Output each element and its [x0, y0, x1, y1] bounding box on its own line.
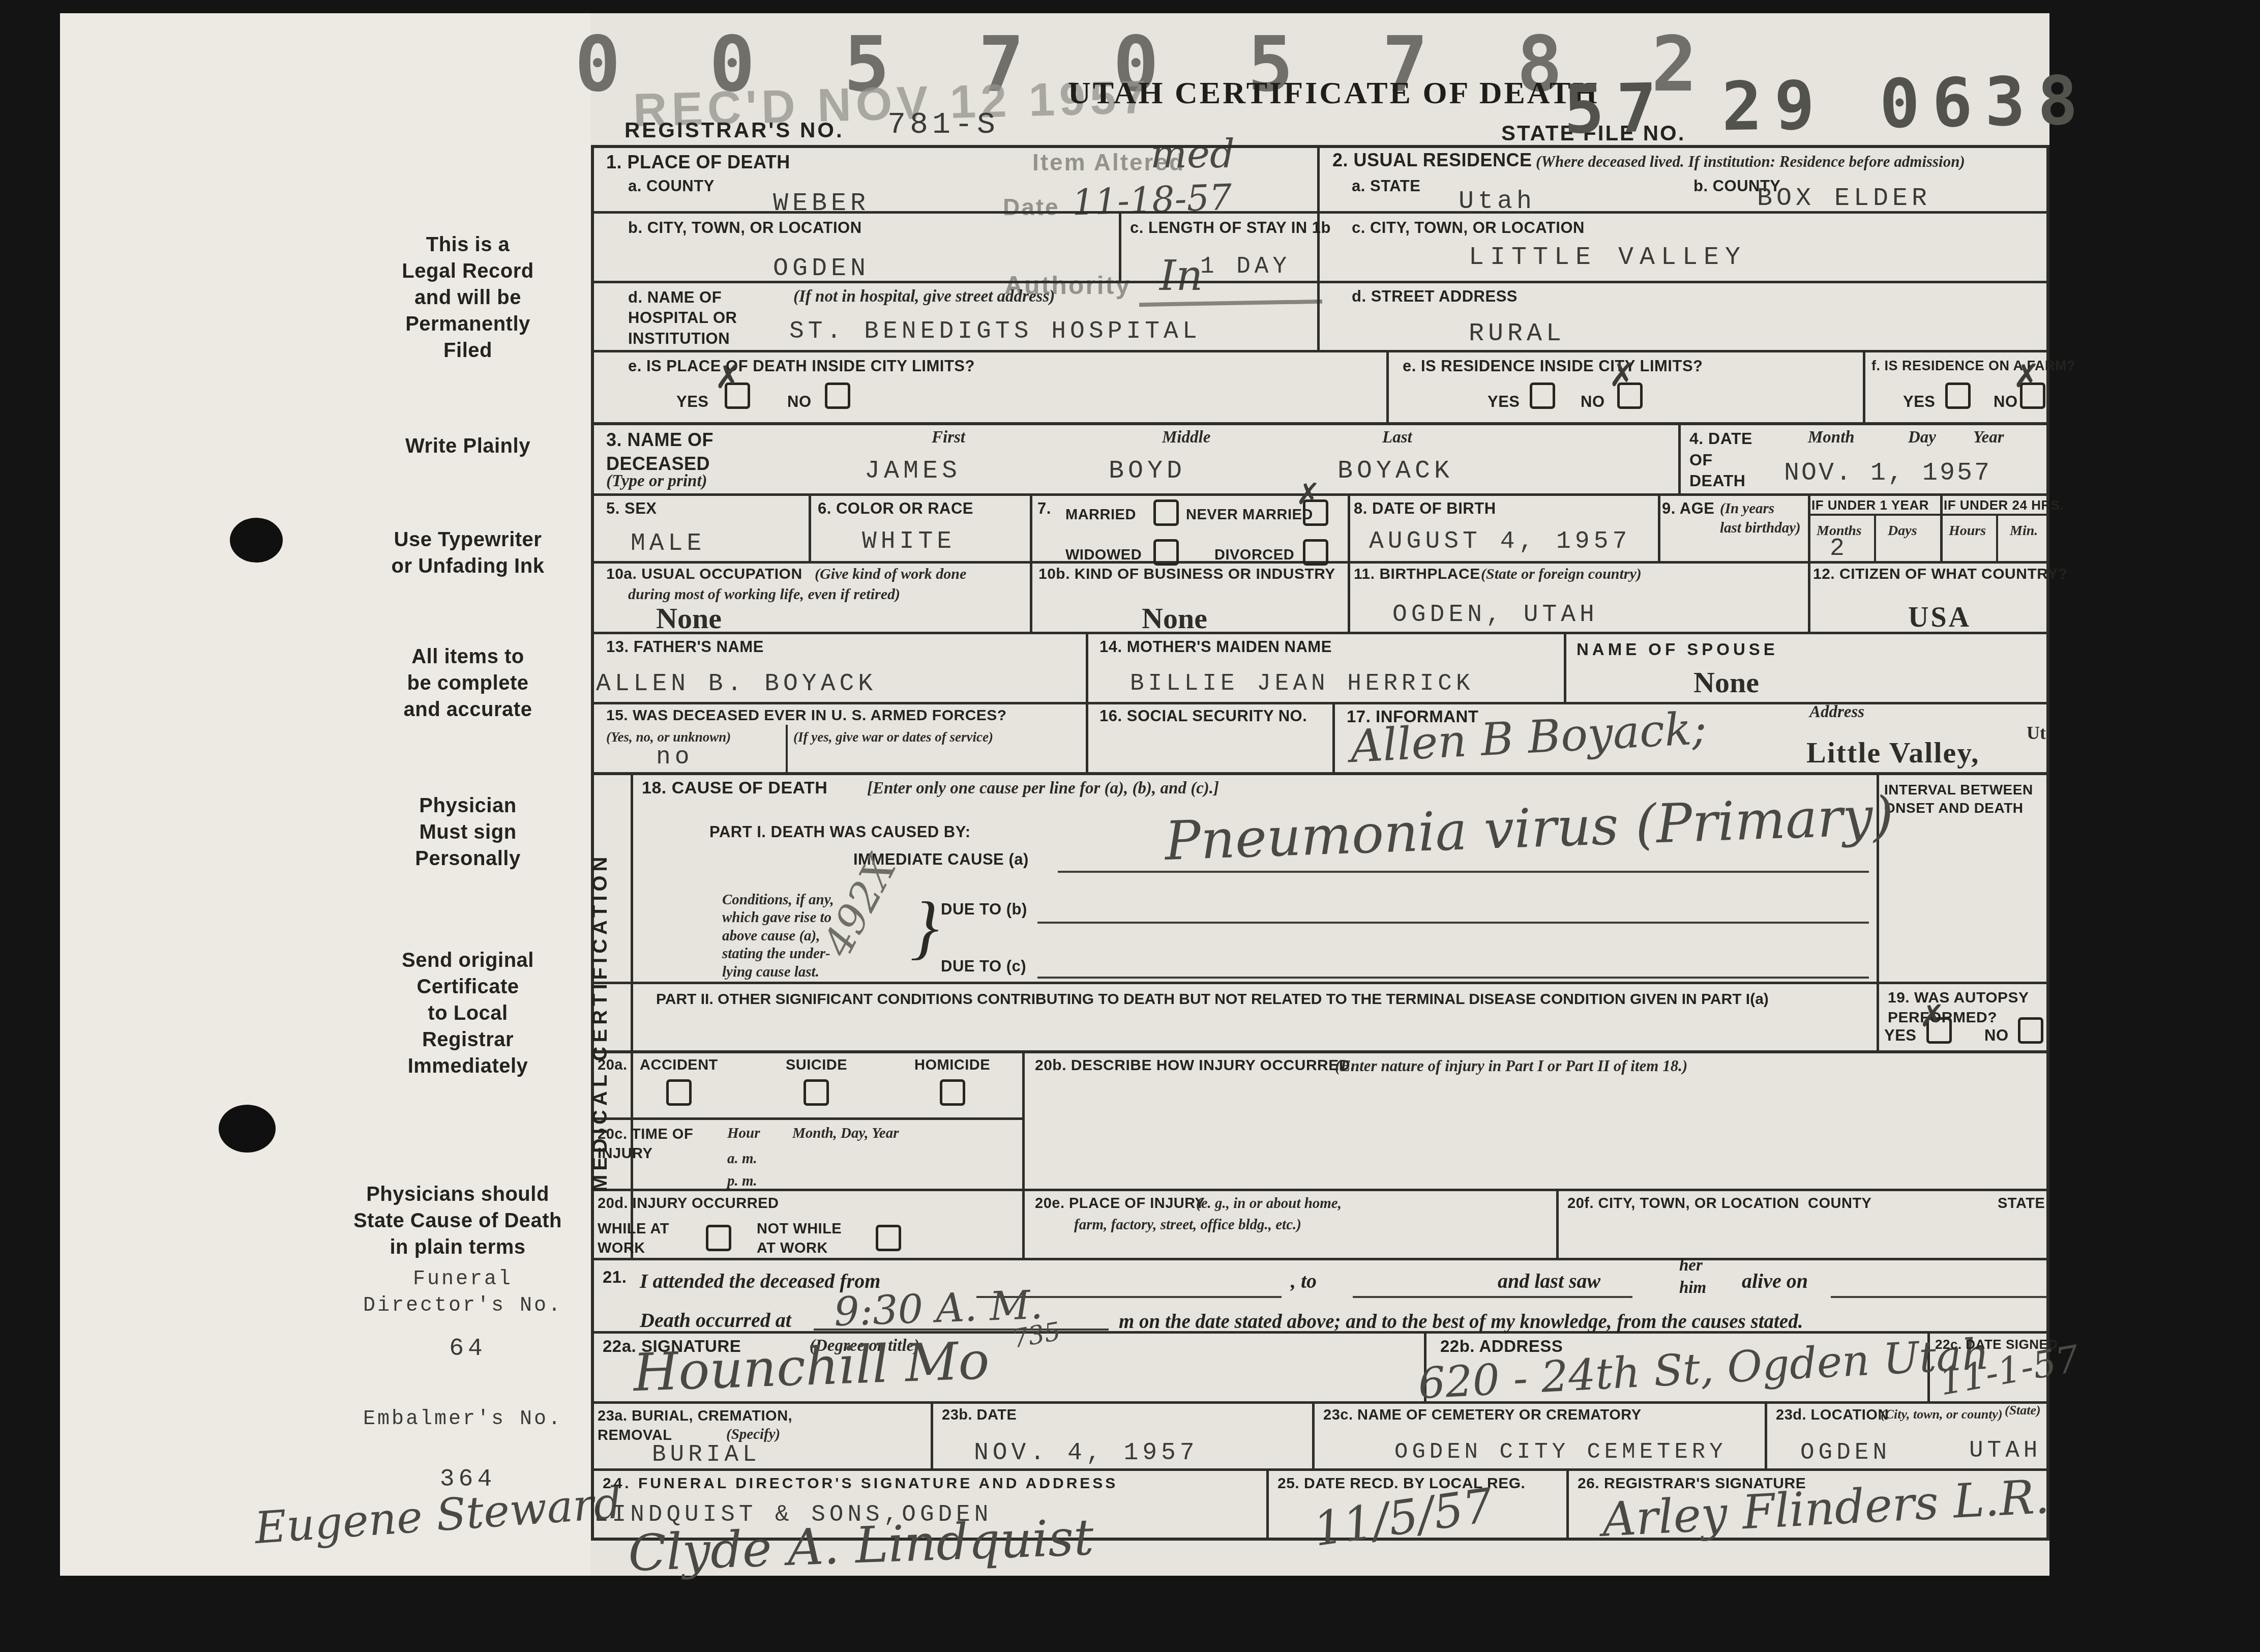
s21-her-text: her [1679, 1256, 1703, 1275]
margin-note-plain-terms: Physicians should State Cause of Death i… [285, 1181, 631, 1260]
s1b-city-value: OGDEN [773, 254, 870, 283]
s20d-not-while-checkbox [876, 1225, 901, 1251]
s22a-physician-signature: Hounchill Mo [632, 1331, 990, 1403]
s21-him-text: him [1679, 1279, 1706, 1297]
s18-due-c-line [1037, 977, 1869, 979]
certificate-title: UTAH CERTIFICATE OF DEATH [1068, 75, 1599, 111]
s21-to-text: , to [1291, 1269, 1317, 1293]
s7-divorced-checkbox [1303, 539, 1328, 566]
grid-line-v [1022, 1189, 1025, 1258]
s2b-county-value: BOX ELDER [1757, 184, 1931, 213]
s24-label: 24. FUNERAL DIRECTOR'S SIGNATURE AND ADD… [603, 1475, 1118, 1492]
grid-line-v [786, 725, 788, 772]
grid-line-v [1312, 1401, 1315, 1468]
embalmers-no-label: Embalmer's No. [315, 1408, 610, 1431]
s20c-hour-label: Hour [727, 1125, 760, 1142]
s18-part1-label: PART I. DEATH WAS CAUSED BY: [709, 823, 970, 841]
s19-label: 19. WAS AUTOPSY PERFORMED? [1888, 988, 2029, 1027]
s9-hint: (In years last birthday) [1720, 499, 1801, 538]
grid-line-v [1556, 1189, 1559, 1258]
s4-date-of-death-value: NOV. 1, 1957 [1784, 459, 1991, 488]
s1d-label: d. NAME OF HOSPITAL OR INSTITUTION [628, 287, 737, 349]
s20d-while-label: WHILE AT WORK [598, 1220, 669, 1258]
s18-interval-label: INTERVAL BETWEEN ONSET AND DEATH [1884, 781, 2033, 818]
s23c-cemetery-value: OGDEN CITY CEMETERY [1394, 1439, 1727, 1465]
s23b-date-value: NOV. 4, 1957 [974, 1439, 1199, 1467]
grid-line-v [1678, 422, 1681, 493]
s4-month-label: Month [1808, 428, 1855, 447]
s5-label: 5. SEX [606, 499, 657, 518]
margin-note-physician-sign: Physician Must sign Personally [325, 792, 610, 872]
s15-label: 15. WAS DECEASED EVER IN U. S. ARMED FOR… [606, 707, 1007, 724]
s10a-occupation-value: None [656, 601, 722, 635]
s4-day-label: Day [1908, 428, 1936, 447]
date-altered-stamp: Date [1003, 193, 1060, 221]
grid-line-h [591, 632, 2049, 634]
grid-line-v [1566, 1468, 1569, 1538]
s20c-mdy-label: Month, Day, Year [792, 1125, 899, 1142]
s13-label: 13. FATHER'S NAME [606, 638, 764, 656]
s9-hours-label: Hours [1949, 523, 1986, 539]
registrar-no-value: 781-S [887, 108, 999, 142]
s2e-label: e. IS RESIDENCE INSIDE CITY LIMITS? [1403, 357, 1703, 375]
s20c-pm-label: p. m. [727, 1173, 757, 1190]
s10a-label: 10a. USUAL OCCUPATION [606, 566, 802, 583]
s20d-while-checkbox [706, 1225, 731, 1251]
grid-line-v [1564, 632, 1566, 702]
s19-no-checkbox [2018, 1017, 2043, 1044]
s9-days-label: Days [1888, 523, 1917, 539]
grid-line-v [631, 772, 633, 1258]
s23a-burial-value: BURIAL [652, 1441, 761, 1468]
spouse-value: None [1693, 665, 1759, 699]
grid-line-v [1874, 514, 1876, 561]
grid-line-v [1266, 1468, 1269, 1538]
s4-title: 4. DATE OF DEATH [1689, 428, 1752, 492]
state-file-no-stamp: 57 29 0638 [1563, 62, 2091, 149]
s17-address-value: Little Valley, [1806, 735, 1980, 770]
grid-line-v [2046, 145, 2049, 1541]
spouse-label: NAME OF SPOUSE [1577, 640, 1778, 659]
s1e-no-label: NO [787, 393, 812, 411]
s9-label: 9. AGE [1662, 499, 1715, 518]
s1c-length-value: 1 DAY [1200, 253, 1291, 280]
s23d-city-value: OGDEN [1800, 1439, 1891, 1466]
s20a-homicide-checkbox [940, 1079, 965, 1106]
s3-sub: (Type or print) [606, 472, 707, 491]
grid-line-h [591, 1050, 2049, 1053]
s3-first-value: JAMES [865, 457, 961, 486]
grid-line-v [1658, 493, 1660, 561]
s20a-accident-label: ACCIDENT [640, 1057, 718, 1074]
s1d-hint: (If not in hospital, give street address… [793, 287, 1055, 306]
s8-label: 8. DATE OF BIRTH [1354, 499, 1496, 518]
funeral-director-no-value: 64 [325, 1335, 610, 1363]
s15-hint2: (If yes, give war or dates of service) [793, 729, 993, 745]
s6-race-value: WHITE [862, 528, 956, 555]
grid-line-h [591, 1189, 2049, 1191]
grid-line-h [591, 1401, 2049, 1404]
grid-line-h [591, 982, 2049, 984]
s23c-label: 23c. NAME OF CEMETERY OR CREMATORY [1323, 1407, 1642, 1424]
s7-married-label: MARRIED [1065, 507, 1136, 523]
authority-handwriting: In [1159, 252, 1203, 300]
grid-line-v [1348, 493, 1350, 561]
s2e-yes-label: YES [1488, 393, 1520, 411]
grid-line-v [931, 1401, 933, 1468]
s9-under-24-hrs-label: IF UNDER 24 HRS. [1944, 497, 2064, 513]
s3-middle-value: BOYD [1109, 457, 1186, 486]
s20a-homicide-label: HOMICIDE [914, 1057, 990, 1074]
s3-last-value: BOYACK [1337, 457, 1453, 486]
s1a-label: a. COUNTY [628, 177, 715, 195]
s2-hint: (Where deceased lived. If institution: R… [1536, 153, 1965, 171]
s3-first-label: First [932, 428, 965, 447]
grid-line-h [591, 1258, 2049, 1260]
s21-causes-stated-text: m on the date stated above; and to the b… [1119, 1310, 1803, 1333]
s12-citizen-value: USA [1908, 601, 1971, 634]
grid-line-v [1808, 493, 1810, 561]
s2-title: 2. USUAL RESIDENCE [1332, 150, 1532, 171]
s23d-state-hint: (State) [2005, 1403, 2041, 1418]
s7-never-married-checkmark: ✗ [1296, 479, 1321, 509]
s20e-label: 20e. PLACE OF INJURY [1035, 1195, 1205, 1212]
s2f-no-checkmark: ✗ [2013, 360, 2040, 393]
s1-title: 1. PLACE OF DEATH [606, 152, 790, 173]
s1e-yes-checkmark: ✗ [715, 361, 742, 394]
grid-line-v [1022, 1050, 1025, 1189]
s2a-state-value: Utah [1459, 187, 1536, 216]
scanned-death-certificate: This is a Legal Record and will be Perma… [0, 0, 2260, 1652]
s20a-accident-checkbox [666, 1079, 692, 1106]
s14-mother-value: BILLIE JEAN HERRICK [1130, 670, 1474, 697]
s18-label: 18. CAUSE OF DEATH [642, 778, 827, 798]
s2e-yes-checkbox [1530, 382, 1555, 409]
s19-no-label: NO [1984, 1026, 2009, 1045]
punch-hole-top [230, 518, 283, 563]
margin-note-legal-record: This is a Legal Record and will be Perma… [325, 231, 610, 364]
s1e-no-checkbox [825, 382, 850, 409]
s1d-hospital-value: ST. BENEDIGTS HOSPITAL [789, 318, 1201, 345]
s17-address-state: Ut [2027, 722, 2046, 744]
s20e-hint1: (e. g., in or about home, [1196, 1195, 1342, 1212]
part2-label: PART II. OTHER SIGNIFICANT CONDITIONS CO… [656, 991, 1769, 1008]
s20f-label: 20f. CITY, TOWN, OR LOCATION [1567, 1195, 1799, 1212]
s7-widowed-checkbox [1153, 539, 1179, 566]
s19-yes-label: YES [1884, 1026, 1917, 1045]
s23d-state-value: UTAH [1969, 1437, 2041, 1464]
grid-line-v [1386, 350, 1389, 422]
s2f-yes-checkbox [1945, 382, 1971, 409]
grid-line-v [809, 493, 811, 561]
s20b-hint: (Enter nature of injury in Part I or Par… [1335, 1057, 1687, 1075]
s2f-label: f. IS RESIDENCE ON A FARM? [1871, 358, 2075, 374]
s17-address-label: Address [1809, 703, 1864, 722]
s21-line-3 [1831, 1296, 2047, 1298]
s20c-am-label: a. m. [727, 1150, 757, 1167]
grid-line-h [591, 422, 2049, 425]
margin-note-use-typewriter: Use Typewriter or Unfading Ink [305, 526, 631, 579]
s21-number: 21. [603, 1267, 627, 1287]
s19-yes-checkmark: ✗ [1919, 1001, 1945, 1031]
s13-father-value: ALLEN B. BOYACK [596, 670, 877, 698]
s1b-label: b. CITY, TOWN, OR LOCATION [628, 219, 862, 237]
s7-divorced-label: DIVORCED [1214, 547, 1294, 564]
s8-birth-date-value: AUGUST 4, 1957 [1369, 528, 1631, 555]
s3-middle-label: Middle [1162, 428, 1210, 447]
grid-line-v [1765, 1401, 1767, 1468]
s21-last-saw-text: and last saw [1498, 1269, 1600, 1293]
s9-under-1-year-label: IF UNDER 1 YEAR [1811, 497, 1929, 513]
grid-line-v [1317, 145, 1320, 350]
s1a-county-value: WEBER [773, 189, 870, 218]
s3-title: 3. NAME OF DECEASED [606, 428, 713, 476]
grid-line-v [1332, 702, 1335, 772]
s1e-label: e. IS PLACE OF DEATH INSIDE CITY LIMITS? [628, 357, 975, 375]
grid-line-h [591, 350, 2049, 352]
grid-line-v [1940, 493, 1943, 561]
s11-hint: (State or foreign country) [1481, 566, 1642, 583]
s9-months-value: 2 [1830, 535, 1849, 563]
s2c-city-value: LITTLE VALLEY [1469, 243, 1746, 272]
s18-due-b-line [1037, 922, 1869, 924]
s20c-label: 20c. TIME OF INJURY [598, 1125, 693, 1163]
s20f-county-label: COUNTY [1808, 1195, 1871, 1212]
s20d-label: 20d. INJURY OCCURRED [598, 1195, 779, 1212]
s3-last-label: Last [1382, 428, 1412, 447]
s9-min-label: Min. [2010, 523, 2038, 539]
s14-label: 14. MOTHER'S MAIDEN NAME [1099, 638, 1332, 656]
s18-conditions-brace: } [910, 886, 939, 968]
s7-married-checkbox [1153, 499, 1179, 526]
s20a-suicide-label: SUICIDE [786, 1057, 847, 1074]
s2d-street-value: RURAL [1469, 319, 1565, 348]
s2d-label: d. STREET ADDRESS [1352, 287, 1518, 306]
s10b-industry-value: None [1142, 601, 1207, 635]
s20e-hint2: farm, factory, street, office bldg., etc… [1074, 1217, 1301, 1233]
s21-line-2 [1353, 1296, 1632, 1298]
s10a-hint1: (Give kind of work done [815, 566, 966, 583]
s20a-label: 20a. [598, 1057, 627, 1074]
medical-certification-label: MEDICAL CERTIFICATION [589, 793, 631, 1251]
s4-year-label: Year [1973, 428, 2004, 447]
s5-sex-value: MALE [631, 530, 705, 557]
s23a-specify-hint: (Specify) [726, 1426, 780, 1443]
grid-line-v [1863, 350, 1865, 422]
s21-death-occurred-text: Death occurred at [640, 1308, 791, 1332]
s7-label: 7. [1037, 499, 1051, 518]
grid-line-v [1030, 493, 1032, 561]
grid-line-v [1086, 632, 1088, 702]
grid-line-v [1348, 561, 1350, 632]
registrar-no-label: REGISTRAR'S NO. [625, 118, 844, 142]
s10a-hint2: during most of working life, even if ret… [628, 586, 900, 603]
s18-due-c-label: DUE TO (c) [941, 957, 1026, 976]
margin-note-send-original: Send original Certificate to Local Regis… [325, 947, 610, 1079]
s2a-label: a. STATE [1352, 177, 1420, 195]
s18-conditions-note: Conditions, if any, which gave rise to a… [722, 891, 834, 981]
s15-armed-forces-value: no [656, 744, 694, 771]
grid-line-v [1119, 211, 1121, 281]
s2f-yes-label: YES [1903, 393, 1936, 411]
s18-due-b-label: DUE TO (b) [941, 900, 1027, 919]
grid-line-h [591, 1468, 2049, 1471]
s16-label: 16. SOCIAL SECURITY NO. [1099, 707, 1307, 725]
s23d-label: 23d. LOCATION [1776, 1407, 1889, 1424]
margin-note-all-items: All items to be complete and accurate [325, 643, 610, 723]
grid-line-v [1996, 514, 1998, 561]
s23b-label: 23b. DATE [942, 1407, 1017, 1424]
s2e-no-label: NO [1581, 393, 1605, 411]
s2c-label: c. CITY, TOWN, OR LOCATION [1352, 219, 1585, 237]
s20d-not-while-label: NOT WHILE AT WORK [757, 1220, 842, 1258]
s12-label: 12. CITIZEN OF WHAT COUNTRY? [1813, 566, 2068, 583]
s20f-state-label: STATE [1998, 1195, 2045, 1212]
s1c-label: c. LENGTH OF STAY IN 1b [1130, 219, 1331, 237]
s7-widowed-label: WIDOWED [1065, 547, 1142, 564]
s7-never-married-label: NEVER MARRIED [1186, 507, 1313, 523]
grid-line-h [591, 772, 2049, 775]
funeral-director-no-label: Funeral Director's No. [315, 1266, 610, 1319]
s6-label: 6. COLOR OR RACE [818, 499, 973, 518]
s1e-yes-label: YES [676, 393, 709, 411]
grid-line-v [1808, 561, 1810, 632]
s11-birthplace-value: OGDEN, UTAH [1392, 601, 1598, 629]
margin-note-write-plainly: Write Plainly [325, 435, 610, 458]
s20b-label: 20b. DESCRIBE HOW INJURY OCCURRED. [1035, 1057, 1355, 1074]
grid-line-h [591, 145, 2049, 148]
s15-hint1: (Yes, no, or unknown) [606, 729, 731, 745]
date-altered-handwriting: 11-18-57 [1072, 176, 1233, 224]
item-altered-handwriting: med [1150, 131, 1235, 176]
grid-line-h [1808, 514, 2049, 516]
s20a-suicide-checkbox [804, 1079, 829, 1106]
grid-line-v [1030, 561, 1032, 632]
s10b-label: 10b. KIND OF BUSINESS OR INDUSTRY [1038, 566, 1335, 583]
s23d-city-hint: (City, town, or county) [1881, 1407, 2003, 1422]
s21-time-line [814, 1329, 1109, 1331]
s11-label: 11. BIRTHPLACE [1354, 566, 1480, 583]
grid-line-v [1086, 702, 1088, 772]
s18-bracket-hint: [Enter only one cause per line for (a), … [867, 779, 1219, 798]
grid-line-h [591, 1117, 1022, 1120]
s2f-no-label: NO [1994, 393, 2018, 411]
s2e-no-checkmark: ✗ [1609, 359, 1636, 392]
punch-hole-bottom [219, 1105, 276, 1153]
s21-alive-on-text: alive on [1742, 1269, 1808, 1293]
